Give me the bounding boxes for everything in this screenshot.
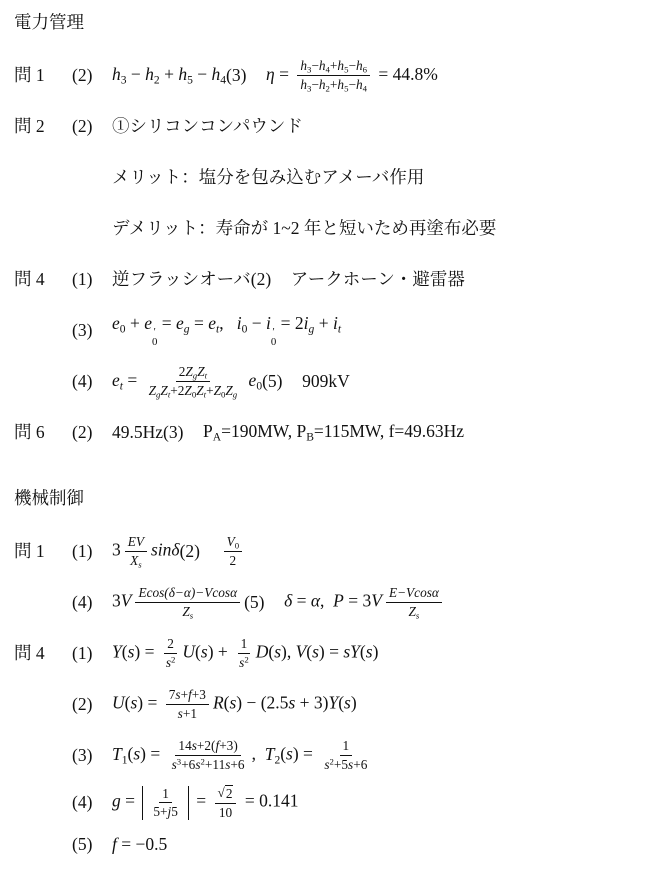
math-term: h6 — [356, 58, 367, 73]
math-term: h3 — [300, 77, 311, 92]
question-label: 問 1 — [14, 65, 72, 86]
math-term: s3 — [172, 757, 182, 772]
answer-item: (2)U(s) = 7s+f+3s+1R(s) − (2.5s + 3)Y(s) — [72, 687, 357, 722]
math-text: = — [123, 370, 142, 390]
math-text: 2 — [229, 553, 236, 568]
math-var: V — [371, 591, 382, 611]
answer-item: (2)①シリコンコンパウンド — [72, 116, 303, 137]
math-var: h — [319, 58, 326, 73]
item-number: (2) — [72, 116, 99, 137]
math-var: T — [112, 744, 122, 764]
fraction-numerator: 1 — [238, 636, 251, 654]
fraction-denominator: s2+5s+6 — [321, 756, 370, 773]
item-content: U(s) = 7s+f+3s+1R(s) − (2.5s + 3)Y(s) — [112, 687, 357, 722]
math-var: h — [356, 58, 363, 73]
math-text: ) − (2.5 — [236, 693, 288, 713]
math-text: − — [348, 77, 356, 92]
math-text: =190MW, — [221, 421, 296, 441]
math-text: +2( — [197, 738, 216, 753]
math-text: − — [247, 313, 266, 333]
math-term: V0 — [227, 534, 240, 549]
math-term: Zg — [225, 383, 237, 398]
math-text: 2 — [167, 636, 174, 651]
answer-row: メリット：塩分を包み込むアメーバ作用 — [14, 152, 652, 203]
math-var: R — [213, 693, 224, 713]
item-content: et = 2ZgZtZgZt+2Z0Zt+Z0Zg e0 — [112, 364, 262, 400]
item-number: (5) — [244, 592, 271, 613]
fraction-numerator: 2ZgZt — [176, 364, 210, 382]
subscript: t — [205, 370, 207, 380]
math-var: sinδ — [151, 540, 180, 560]
radicand: 2 — [225, 785, 234, 801]
math-var: sY — [343, 642, 360, 662]
fraction-denominator: Zs — [179, 603, 196, 620]
math-var: η — [266, 64, 275, 84]
answer-item: (2)V02 — [180, 534, 247, 569]
math-var: s — [344, 693, 351, 713]
math-term: Z0 — [214, 383, 226, 398]
math-text: + 3) — [295, 693, 328, 713]
math-term: PA — [203, 421, 221, 441]
math-term: h5 — [337, 58, 348, 73]
math-term: e0 — [249, 370, 263, 390]
item-content: 逆フラッシオーバ — [112, 269, 251, 290]
math-text: 1 — [241, 636, 248, 651]
math-text: ) + — [208, 642, 232, 662]
math-var: h — [145, 64, 154, 84]
math-term: h4 — [319, 58, 330, 73]
math-var: h — [112, 64, 121, 84]
math-var: Z — [225, 383, 232, 398]
answer-item: (3)η = h3−h4+h5−h6h3−h2+h5−h4 = 44.8% — [226, 58, 438, 94]
math-term: et — [208, 313, 219, 333]
math-var: α — [311, 591, 320, 611]
answer-item: メリット：塩分を包み込むアメーバ作用 — [72, 167, 424, 188]
math-text: P — [296, 421, 306, 441]
math-term: et — [112, 370, 123, 390]
math-var: h — [300, 58, 307, 73]
item-number: (4) — [72, 792, 99, 813]
math-term: T2 — [265, 744, 281, 764]
fraction-denominator: 5+j5 — [150, 803, 181, 820]
fraction-denominator: s2 — [236, 654, 252, 671]
radical-sign: √ — [218, 785, 225, 800]
math-text: メリット：塩分を包み込むアメーバ作用 — [112, 167, 424, 187]
fraction-denominator: Xs — [127, 552, 145, 569]
math-text: = 44.8% — [374, 64, 438, 84]
math-term: e0 — [112, 313, 126, 333]
item-content: メリット：塩分を包み込むアメーバ作用 — [112, 167, 424, 188]
math-text: デメリット：寿命が 1~2 年と短いため再塗布必要 — [112, 218, 496, 238]
answer-row: 問 1(1)3EVXssinδ(2)V02 — [14, 526, 652, 577]
math-term: h4 — [356, 77, 367, 92]
math-var: E−Vcosα — [389, 585, 439, 600]
item-content: T1(s) = 14s+2(f+3)s3+6s2+11s+6, T2(s) = … — [112, 738, 374, 773]
subscript: t — [338, 324, 341, 336]
section-power-management: 電力管理 問 1(2)h3 − h2 + h5 − h4(3)η = h3−h4… — [14, 10, 652, 458]
math-var: s — [274, 642, 281, 662]
answer-item: (1)3EVXssinδ — [72, 534, 180, 569]
math-var: Z — [185, 364, 192, 379]
answer-item: (3)T1(s) = 14s+2(f+3)s3+6s2+11s+6, T2(s)… — [72, 738, 374, 773]
subscript: 0 — [152, 337, 157, 347]
answer-row: (4)3VEcos(δ−α)−VcosαZs(5)δ = α, P = 3VE−… — [14, 577, 652, 628]
math-text: 1 — [162, 786, 169, 801]
math-text: 3 — [112, 540, 121, 560]
math-var: e — [112, 313, 120, 333]
math-term: Zt — [160, 383, 170, 398]
subscript: A — [213, 431, 221, 443]
item-content: デメリット：寿命が 1~2 年と短いため再塗布必要 — [112, 218, 496, 239]
question-label: 問 2 — [14, 116, 72, 137]
question-label: 問 1 — [14, 541, 72, 562]
fraction: h3−h4+h5−h6h3−h2+h5−h4 — [297, 58, 370, 94]
item-number: (3) — [226, 65, 253, 86]
math-term: Zt — [196, 383, 206, 398]
math-text: − — [311, 58, 319, 73]
fraction-numerator: √2 — [215, 785, 237, 803]
answer-item: (5)909kV — [262, 371, 350, 392]
math-text: +6 — [353, 757, 367, 772]
math-var: P — [333, 591, 344, 611]
absolute-value: 15+j5 — [142, 786, 189, 821]
math-term: s2 — [195, 757, 205, 772]
math-text: = — [190, 313, 209, 333]
math-text: +5 — [334, 757, 348, 772]
answer-item: (5)f = −0.5 — [72, 834, 167, 855]
math-text: = — [157, 313, 176, 333]
subscript: s — [138, 559, 141, 569]
math-term: PB — [296, 421, 313, 441]
item-content: 3VEcos(δ−α)−VcosαZs — [112, 585, 244, 620]
superscript: 2 — [244, 655, 248, 665]
fraction-numerator: 14s+2(f+3) — [175, 738, 240, 756]
math-text: = — [292, 591, 311, 611]
math-var: e — [176, 313, 184, 333]
fraction: E−VcosαZs — [386, 585, 442, 620]
fraction: 2ZgZtZgZt+2Z0Zt+Z0Zg — [146, 364, 241, 400]
math-var: e — [144, 313, 152, 333]
math-var: Z — [197, 364, 204, 379]
answer-item: (2)h3 − h2 + h5 − h4 — [72, 64, 226, 87]
math-var: T — [265, 744, 275, 764]
fraction: V02 — [224, 534, 243, 569]
item-content: 49.5Hz — [112, 422, 163, 443]
section-rows: 問 1(2)h3 − h2 + h5 − h4(3)η = h3−h4+h5−h… — [14, 50, 652, 458]
section-rows: 問 1(1)3EVXssinδ(2)V02(4)3VEcos(δ−α)−Vcos… — [14, 526, 652, 863]
item-number: (5) — [72, 834, 99, 855]
math-term: Zs — [409, 604, 420, 619]
math-text: , — [252, 744, 265, 764]
math-term: T1 — [112, 744, 128, 764]
square-root: √2 — [218, 785, 234, 801]
item-number: (5) — [262, 371, 289, 392]
item-content: アークホーン・避雷器 — [291, 269, 465, 290]
subscript: g — [233, 390, 237, 400]
primed-subscript-term: e′0 — [144, 313, 157, 333]
math-text: = — [121, 791, 140, 811]
math-var: δ — [284, 591, 292, 611]
math-term: h4 — [211, 64, 226, 84]
math-var: V — [121, 591, 132, 611]
answer-row: 問 4(1)逆フラッシオーバ(2)アークホーン・避雷器 — [14, 254, 652, 305]
fraction-denominator: h3−h2+h5−h4 — [297, 76, 370, 93]
fraction-numerator: Ecos(δ−α)−Vcosα — [135, 585, 240, 603]
answer-item: (5)δ = α, P = 3VE−VcosαZs — [244, 585, 446, 620]
math-var: Ecos(δ−α)−Vcosα — [138, 585, 237, 600]
math-text: + — [181, 687, 189, 702]
math-text: ①シリコンコンパウンド — [112, 116, 303, 136]
math-text: +3) — [219, 738, 238, 753]
answer-row: (4)g = 15+j5 = √210 = 0.141 — [14, 781, 652, 825]
math-var: Z — [184, 383, 191, 398]
fraction-numerator: h3−h4+h5−h6 — [297, 58, 370, 76]
answer-item: (3)e0 + e′0 = eg = et, i0 − i′0 = 2ig + … — [72, 313, 341, 347]
item-content: 3EVXssinδ — [112, 534, 180, 569]
math-var: s — [286, 744, 293, 764]
math-term: h2 — [319, 77, 330, 92]
subscript: 6 — [363, 64, 367, 74]
math-text: ), — [281, 642, 296, 662]
section-machine-control: 機械制御 問 1(1)3EVXssinδ(2)V02(4)3VEcos(δ−α)… — [14, 486, 652, 863]
answer-row: (4)et = 2ZgZtZgZt+2Z0Zt+Z0Zg e0(5)909kV — [14, 356, 652, 407]
math-var: D — [256, 642, 269, 662]
math-term: Zg — [149, 383, 161, 398]
math-var: V — [227, 534, 235, 549]
math-text: = 2 — [276, 313, 303, 333]
math-text: − — [311, 77, 319, 92]
fraction-numerator: 1 — [159, 786, 172, 804]
math-text: +2 — [170, 383, 184, 398]
question-label: 問 4 — [14, 269, 72, 290]
math-text: = — [192, 791, 211, 811]
answer-item: (1)逆フラッシオーバ — [72, 269, 251, 290]
answer-sheet: 電力管理 問 1(2)h3 − h2 + h5 − h4(3)η = h3−h4… — [0, 0, 652, 863]
math-var: Y — [328, 693, 338, 713]
math-text: = 0.141 — [240, 791, 298, 811]
subscript: s — [190, 610, 193, 620]
math-text: + — [206, 383, 214, 398]
math-term: Zg — [185, 364, 197, 379]
math-term: Zs — [182, 604, 193, 619]
item-number: (3) — [72, 320, 99, 341]
answer-item: (1)Y(s) = 2s2U(s) + 1s2D(s), V(s) = sY(s… — [72, 636, 378, 671]
math-text: − — [193, 64, 212, 84]
math-var: EV — [128, 534, 144, 549]
fraction-numerator: EV — [125, 534, 147, 552]
fraction-denominator: s+1 — [175, 705, 200, 722]
math-text: + — [126, 313, 145, 333]
primed-subscript-term: i′0 — [266, 313, 276, 333]
fraction-denominator: ZgZt+2Z0Zt+Z0Zg — [146, 382, 241, 399]
math-text: − — [127, 64, 146, 84]
answer-item: (4)et = 2ZgZtZgZt+2Z0Zt+Z0Zg e0 — [72, 364, 262, 400]
math-text: ) = — [134, 642, 158, 662]
math-text: ) = — [293, 744, 317, 764]
math-term: i0 — [237, 313, 248, 333]
answer-row: 問 2(2)①シリコンコンパウンド — [14, 101, 652, 152]
math-var: h — [356, 77, 363, 92]
answer-item: (2)49.5Hz — [72, 422, 163, 443]
math-var: e — [112, 370, 120, 390]
item-content: PA=190MW, PB=115MW, f=49.63Hz — [203, 421, 464, 444]
math-text: = — [275, 64, 294, 84]
math-text: + — [314, 313, 333, 333]
fraction-numerator: 7s+f+3 — [166, 687, 209, 705]
math-text: 3 — [112, 591, 121, 611]
answer-row: (2)U(s) = 7s+f+3s+1R(s) − (2.5s + 3)Y(s) — [14, 679, 652, 730]
item-number: (2) — [72, 694, 99, 715]
math-text: 49.5Hz — [112, 422, 163, 442]
math-term: eg — [176, 313, 190, 333]
math-text: + — [160, 64, 179, 84]
fraction-denominator: 10 — [216, 804, 235, 821]
fraction-numerator: E−Vcosα — [386, 585, 442, 603]
section-title: 電力管理 — [14, 10, 652, 34]
math-var: Z — [196, 383, 203, 398]
item-content: e0 + e′0 = eg = et, i0 − i′0 = 2ig + it — [112, 313, 341, 347]
subscript: 0 — [271, 337, 276, 347]
item-number: (4) — [72, 592, 99, 613]
item-number: (4) — [72, 371, 99, 392]
math-text: アークホーン・避雷器 — [291, 269, 465, 289]
math-text: − — [348, 58, 356, 73]
math-text: ) — [351, 693, 357, 713]
fraction: 15+j5 — [150, 786, 181, 821]
item-number: (2) — [72, 65, 99, 86]
item-content: h3 − h2 + h5 − h4 — [112, 64, 226, 87]
answer-row: 問 4(1)Y(s) = 2s2U(s) + 1s2D(s), V(s) = s… — [14, 628, 652, 679]
math-text: ) = — [319, 642, 343, 662]
math-var: h — [211, 64, 220, 84]
fraction: 7s+f+3s+1 — [166, 687, 209, 722]
math-var: g — [112, 791, 121, 811]
item-content: V02 — [220, 534, 247, 569]
answer-row: デメリット：寿命が 1~2 年と短いため再塗布必要 — [14, 203, 652, 254]
math-text: P — [203, 421, 213, 441]
math-text: ) = — [137, 693, 161, 713]
answer-row: 問 1(2)h3 − h2 + h5 − h4(3)η = h3−h4+h5−h… — [14, 50, 652, 101]
item-number: (1) — [72, 269, 99, 290]
math-text: 1 — [343, 738, 350, 753]
fraction-numerator: 2 — [164, 636, 177, 654]
math-term: Xs — [130, 553, 142, 568]
item-number: (2) — [72, 422, 99, 443]
subscript: 0 — [235, 540, 239, 550]
subscript: B — [306, 431, 314, 443]
item-number: (1) — [72, 643, 99, 664]
math-text: +11 — [205, 757, 225, 772]
fraction: Ecos(δ−α)−VcosαZs — [135, 585, 240, 620]
math-var: Z — [160, 383, 167, 398]
math-text: 5+ — [153, 804, 167, 819]
math-var: s — [366, 642, 373, 662]
math-term: s2 — [166, 655, 176, 670]
fraction-numerator: V0 — [224, 534, 243, 552]
math-var: Z — [409, 604, 416, 619]
fraction-denominator: s2 — [163, 654, 179, 671]
fraction-numerator: 1 — [340, 738, 353, 756]
item-number: (2) — [251, 269, 278, 290]
math-var: Y — [112, 642, 122, 662]
question-label: 問 6 — [14, 422, 72, 443]
fraction-denominator: 2 — [226, 552, 239, 569]
math-var: Z — [214, 383, 221, 398]
math-text: , — [219, 313, 237, 333]
math-var: X — [130, 553, 138, 568]
answer-row: 問 6(2)49.5Hz(3)PA=190MW, PB=115MW, f=49.… — [14, 407, 652, 458]
math-term: h5 — [337, 77, 348, 92]
fraction: 1s2 — [236, 636, 252, 671]
fraction-denominator: s3+6s2+11s+6 — [169, 756, 248, 773]
math-var: s — [201, 642, 208, 662]
item-content: η = h3−h4+h5−h6h3−h2+h5−h4 = 44.8% — [266, 58, 438, 94]
math-text: 10 — [219, 805, 232, 820]
item-number: (3) — [163, 422, 190, 443]
answer-row: (3)e0 + e′0 = eg = et, i0 − i′0 = 2ig + … — [14, 305, 652, 356]
answer-item: (4)g = 15+j5 = √210 = 0.141 — [72, 785, 298, 820]
math-var: h — [178, 64, 187, 84]
section-title: 機械制御 — [14, 486, 652, 510]
math-term: ig — [304, 313, 315, 333]
question-label: 問 4 — [14, 643, 72, 664]
math-term: h5 — [178, 64, 193, 84]
math-var: U — [182, 642, 195, 662]
item-content: g = 15+j5 = √210 = 0.141 — [112, 785, 298, 820]
math-term: Zt — [197, 364, 207, 379]
math-term: h2 — [145, 64, 160, 84]
math-var: Z — [149, 383, 156, 398]
fraction: EVXs — [125, 534, 147, 569]
item-number: (3) — [72, 745, 99, 766]
math-term: s2 — [239, 655, 249, 670]
math-text: =115MW, f=49.63Hz — [314, 421, 464, 441]
answer-row: (3)T1(s) = 14s+2(f+3)s3+6s2+11s+6, T2(s)… — [14, 730, 652, 781]
math-text: , — [320, 591, 333, 611]
math-text: +6 — [181, 757, 195, 772]
math-text: +6 — [230, 757, 244, 772]
math-text: +1 — [183, 706, 197, 721]
math-text: +3 — [192, 687, 206, 702]
math-var: V — [296, 642, 307, 662]
answer-row: (5)f = −0.5 — [14, 825, 652, 863]
math-text: 5 — [171, 804, 178, 819]
item-content: f = −0.5 — [112, 834, 167, 855]
item-number: (1) — [72, 541, 99, 562]
answer-item: (4)3VEcos(δ−α)−VcosαZs — [72, 585, 244, 620]
math-term: Z0 — [184, 383, 196, 398]
fraction: 2s2 — [163, 636, 179, 671]
math-text: = −0.5 — [117, 834, 167, 854]
fraction-denominator: Zs — [406, 603, 423, 620]
math-term: h3 — [112, 64, 127, 84]
item-content: Y(s) = 2s2U(s) + 1s2D(s), V(s) = sY(s) — [112, 636, 378, 671]
math-text: = 3 — [344, 591, 371, 611]
answer-item: (3)PA=190MW, PB=115MW, f=49.63Hz — [163, 421, 464, 444]
math-text: 14 — [178, 738, 191, 753]
absolute-value-content: 15+j5 — [146, 786, 185, 821]
subscript: s — [416, 610, 419, 620]
math-var: e — [208, 313, 216, 333]
math-text: ) = — [140, 744, 164, 764]
math-text: 逆フラッシオーバ — [112, 269, 251, 289]
math-term: s2 — [324, 757, 334, 772]
math-var: h — [300, 77, 307, 92]
fraction: 14s+2(f+3)s3+6s2+11s+6 — [169, 738, 248, 773]
item-number: (2) — [180, 541, 207, 562]
math-term: it — [333, 313, 341, 333]
item-content: δ = α, P = 3VE−VcosαZs — [284, 585, 446, 620]
